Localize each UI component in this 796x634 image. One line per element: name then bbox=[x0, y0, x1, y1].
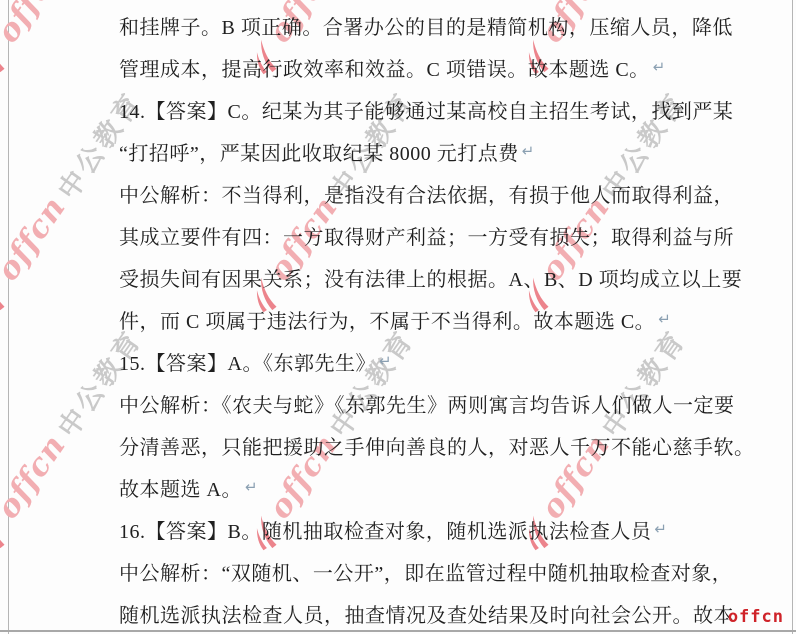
text-line-14: 中公解析：“双随机、一公开”，即在监管过程中随机抽取检查对象， bbox=[119, 550, 705, 592]
watermark-offcn: offcn中公教育 bbox=[781, 90, 796, 320]
text-line-content: 其成立要件有四：一方取得财产利益；一方受有损失；取得利益与所 bbox=[119, 221, 734, 250]
text-line-7: 受损失间有因果关系；没有法律上的根据。A、B、D 项均成立以上要 bbox=[119, 256, 705, 298]
text-line-8: 件，而 C 项属于违法行为，不属于不当得利。故本题选 C。↵ bbox=[119, 298, 705, 340]
text-line-10: 中公解析：《农夫与蛇》《东郭先生》两则寓言均告诉人们做人一定要 bbox=[119, 382, 705, 424]
text-line-content: 14.【答案】C。纪某为其子能够通过某高校自主招生考试，找到严某 bbox=[119, 95, 733, 124]
text-line-9: 15.【答案】A。《东郭先生》↵ bbox=[119, 340, 705, 382]
text-line-6: 其成立要件有四：一方取得财产利益；一方受有损失；取得利益与所 bbox=[119, 214, 705, 256]
watermark-offcn: offcn中公教育 bbox=[781, 328, 796, 558]
text-line-content: 16.【答案】B。随机抽取检查对象，随机选派执法检查人员 bbox=[119, 515, 651, 544]
text-line-content: 15.【答案】A。《东郭先生》 bbox=[119, 347, 376, 376]
paragraph-return-mark: ↵ bbox=[658, 310, 671, 328]
paragraph-return-mark: ↵ bbox=[379, 352, 392, 370]
text-line-content: 中公解析：不当得利，是指没有合法依据，有损于他人而取得利益， bbox=[119, 179, 734, 208]
text-line-content: 件，而 C 项属于违法行为，不属于不当得利。故本题选 C。 bbox=[119, 305, 655, 334]
paragraph-return-mark: ↵ bbox=[654, 520, 667, 538]
offcn-flame-icon bbox=[786, 511, 796, 555]
text-line-content: “打招呼”，严某因此收取纪某 8000 元打点费 bbox=[119, 137, 519, 166]
watermark-offcn: offcn中公教育 bbox=[781, 0, 796, 82]
offcn-logo: offcn bbox=[728, 607, 784, 627]
text-line-12: 故本题选 A。↵ bbox=[119, 466, 705, 508]
paragraph-return-mark: ↵ bbox=[522, 142, 535, 160]
text-line-2: 管理成本，提高行政效率和效益。C 项错误。故本题选 C。↵ bbox=[119, 46, 705, 88]
text-line-4: “打招呼”，严某因此收取纪某 8000 元打点费↵ bbox=[119, 130, 705, 172]
watermark-latin-text: offcn bbox=[0, 190, 73, 287]
text-line-11: 分清善恶，只能把援助之手伸向善良的人，对恶人千万不能心慈手软。 bbox=[119, 424, 705, 466]
watermark-latin-text: offcn bbox=[0, 428, 73, 525]
text-line-13: 16.【答案】B。随机抽取检查对象，随机选派执法检查人员↵ bbox=[119, 508, 705, 550]
watermark-latin-text: offcn bbox=[0, 0, 73, 49]
offcn-flame-icon bbox=[786, 35, 796, 79]
text-line-3: 14.【答案】C。纪某为其子能够通过某高校自主招生考试，找到严某 bbox=[119, 88, 705, 130]
answer-text-block: 和挂牌子。B 项正确。合署办公的目的是精简机构，压缩人员，降低管理成本，提高行政… bbox=[119, 4, 705, 634]
text-line-content: 分清善恶，只能把援助之手伸向善良的人，对恶人千万不能心慈手软。 bbox=[119, 431, 755, 460]
text-line-content: 随机选派执法检查人员，抽查情况及查处结果及时向社会公开。故本 bbox=[119, 599, 734, 628]
text-line-content: 故本题选 A。 bbox=[119, 473, 242, 502]
document-page: offcn中公教育offcn中公教育offcn中公教育offcn中公教育offc… bbox=[0, 0, 796, 634]
offcn-flame-icon bbox=[786, 273, 796, 317]
paragraph-return-mark: ↵ bbox=[653, 58, 666, 76]
text-line-content: 中公解析：《农夫与蛇》《东郭先生》两则寓言均告诉人们做人一定要 bbox=[119, 389, 735, 418]
text-line-15: 随机选派执法检查人员，抽查情况及查处结果及时向社会公开。故本 bbox=[119, 592, 705, 634]
text-line-content: 中公解析：“双随机、一公开”，即在监管过程中随机抽取检查对象， bbox=[119, 557, 732, 586]
text-line-content: 管理成本，提高行政效率和效益。C 项错误。故本题选 C。 bbox=[119, 53, 650, 82]
text-line-5: 中公解析：不当得利，是指没有合法依据，有损于他人而取得利益， bbox=[119, 172, 705, 214]
text-line-1: 和挂牌子。B 项正确。合署办公的目的是精简机构，压缩人员，降低 bbox=[119, 4, 705, 46]
text-line-content: 受损失间有因果关系；没有法律上的根据。A、B、D 项均成立以上要 bbox=[119, 263, 742, 292]
text-line-content: 和挂牌子。B 项正确。合署办公的目的是精简机构，压缩人员，降低 bbox=[119, 11, 733, 40]
paragraph-return-mark: ↵ bbox=[245, 478, 258, 496]
